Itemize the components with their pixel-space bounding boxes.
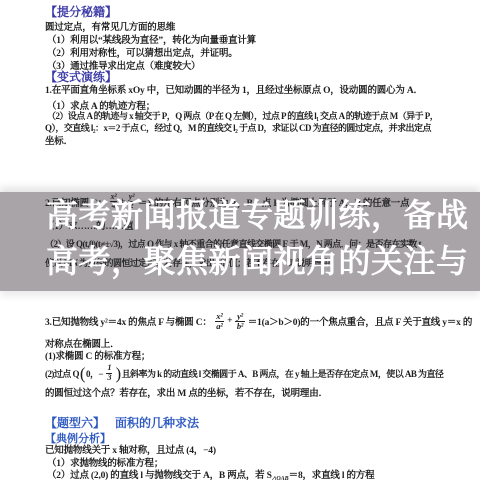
example-line-1: 已知抛物线关于 x 轴对称，且过点 (4，−4)	[45, 442, 216, 456]
section-header-tips: 【提分秘籍】	[45, 3, 117, 20]
problem3-line-1-text: 3.已知抛物线 y²＝4x 的焦点 F 与椭圆 C：	[45, 314, 212, 328]
open-paren: (	[80, 365, 85, 382]
watermark-title-line-2: 高考，聚焦新闻视角的关注与	[46, 243, 469, 279]
example-line-3-rest: ＝8，求直线 l 的方程	[289, 471, 375, 480]
plus-sign: +	[227, 316, 232, 326]
fraction-x2-a2: x² a²	[215, 312, 224, 331]
watermark-banner: 2.已知椭圆 C： x² 4 + y² 2 ＝1 的左右顶点分别为 A，B，点 …	[0, 192, 480, 291]
example-line-3: （2）过点 (2,0) 的直线 l 与抛物线交于 A，B 两点，若 S△OAB＝…	[47, 467, 374, 480]
problem3-line-1: 3.已知抛物线 y²＝4x 的焦点 F 与椭圆 C： x² a² + y² b²…	[45, 306, 472, 336]
tips-item-2: （2）利用对称性，可以猜想出定点，并证明。	[47, 45, 238, 59]
problem3-line-4: (2)过点 Q ( 0，− 1 3 ) 且斜率为 k 的动直线 l 交椭圆于 A…	[45, 360, 443, 386]
problem3-line-5: 的圆恒过这个点？若存在，求出 M 点的坐标，若不存在，说明理由．	[45, 385, 328, 399]
close-paren: )	[115, 365, 120, 382]
area-subscript: △OAB	[272, 476, 289, 480]
problem1-line-5: 坐标．	[45, 133, 73, 147]
tips-intro: 圆过定点，有常见几方面的思维	[45, 19, 175, 33]
fraction-1-3: 1 3	[106, 364, 112, 382]
fraction-y2-b2: y² b²	[235, 312, 244, 331]
problem3-line-4-rest: 且斜率为 k 的动直线 l 交椭圆于 A、B 两点，在 y 轴上是否存在定点 M…	[122, 367, 444, 380]
problem1-line-4: Q），交直线 l₂：x＝2 于点 C，经过 Q，M 的直线交 l₂ 于点 D，求…	[45, 121, 431, 134]
problem3-line-4-text: (2)过点 Q	[45, 367, 79, 380]
type6-tag: 【题型六】	[45, 416, 105, 430]
watermark-title-line-1: 高考新闻报道专题训练，备战	[46, 197, 469, 233]
problem1-line-1: 1.在平面直角坐标系 xOy 中，已知动圆的半径为 1，且经过坐标原点 O，设动…	[45, 82, 423, 96]
document-page: 【提分秘籍】 圆过定点，有常见几方面的思维 （1）利用以“某线段为直径”，转化为…	[0, 0, 480, 480]
problem3-point-q: 0，−	[86, 367, 103, 380]
example-line-3-text: （2）过点 (2,0) 的直线 l 与抛物线交于 A，B 两点，若 S	[47, 471, 272, 480]
tips-item-1: （1）利用以“某线段为直径”，转化为向量垂直计算	[47, 32, 256, 46]
problem3-line-1-rest: ＝1(a＞b＞0)的一个焦点重合，且点 F 关于直线 y＝x 的	[248, 314, 472, 328]
type6-title: 面积的几种求法	[115, 416, 199, 430]
